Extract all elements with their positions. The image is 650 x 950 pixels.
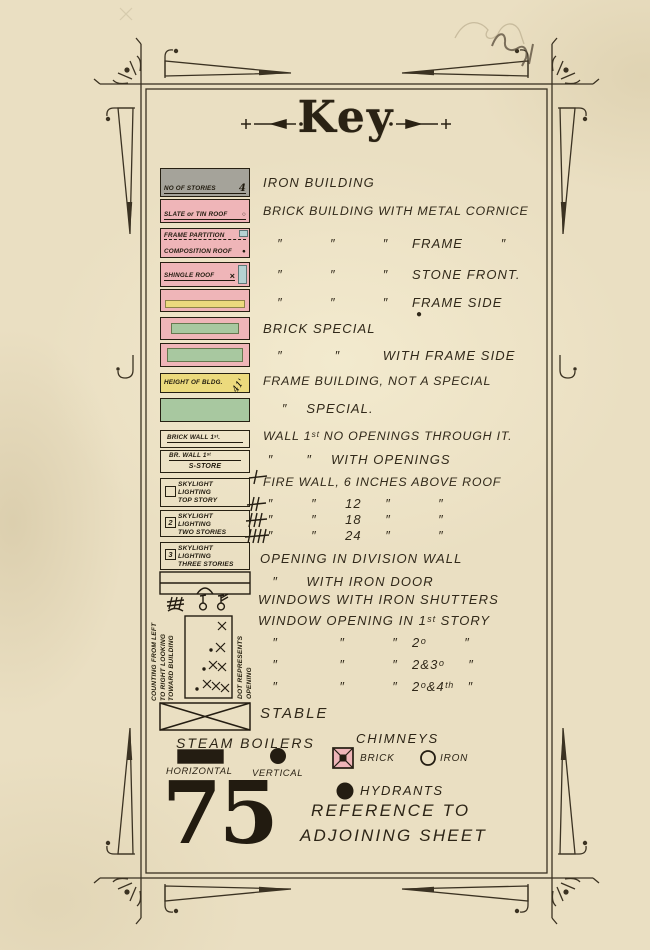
right-edge-hook-ornament [560,355,577,378]
slate-tin-circle-glyph: ○ [242,211,246,218]
swatch-label-brick-wall: BRICK WALL 1ˢᵗ. [167,434,220,441]
skylight-two-digit: 2 [168,518,172,527]
shutter-window-flag-icon [218,594,228,610]
swatch-frame-building: HEIGHT OF BLDG. 41' [160,373,250,393]
desc-ditto-frame-side: ″ ″ ″ FRAME SIDE [263,296,503,309]
frame-side-dot-glyph: ● [416,310,423,320]
desc-with-openings: ″ ″ WITH OPENINGS [263,453,451,466]
steam-boilers-title: STEAM BOILERS [176,735,315,751]
desc-window-opening-2-3: ″ ″ ″ 2&3ᵒ ″ [263,658,474,671]
desc-fire-wall-24: ″ ″ 24 ″ ″ [263,529,444,542]
swatch-br-wall-store: BR. WALL 1ˢᵗ S-STORE [160,450,250,473]
chimney-iron-label: IRON [440,753,468,764]
desc-window-opening-1st: WINDOW OPENING IN 1ˢᵗ STORY [258,614,490,627]
chimneys-title: CHIMNEYS [356,731,439,746]
stories-value: 4 [239,186,246,192]
desc-opening-division-wall: OPENING IN DIVISION WALL [260,552,462,565]
window-opening-diagram [185,616,232,698]
chimney-iron-icon [421,751,435,765]
swatch-brick-stone-front: SHINGLE ROOF × [160,262,250,287]
skylight-three-label: SKYLIGHT LIGHTING THREE STORIES [178,545,234,569]
stable-icon [160,703,250,730]
page-title: Key [298,92,395,143]
desc-window-opening-2-4: ″ ″ ″ 2ᵒ&4ᵗʰ ″ [263,680,473,693]
sheet-number: 75 [162,774,276,854]
desc-stable: STABLE [260,706,328,721]
swatch-label-slate-tin: SLATE or TIN ROOF [164,211,227,218]
swatch-iron-building: NO OF STORIES 4 [160,168,250,197]
swatch-brick-wall-1st: BRICK WALL 1ˢᵗ. [160,430,250,448]
frame-side-yellow-strip [165,300,245,308]
reference-line-1: REFERENCE TO [311,801,470,821]
shutter-hatch-icon [167,597,184,611]
desc-special: ″ SPECIAL. [263,402,374,415]
desc-brick-metal-cornice: BRICK BUILDING WITH METAL CORNICE [263,205,529,217]
counting-note: COUNTING FROM LEFT TO RIGHT LOOKING TOWA… [151,623,177,701]
swatch-brick-special-frame-side [160,343,250,367]
hydrants-label: HYDRANTS [360,783,444,798]
chimney-brick-icon [333,748,353,768]
shutter-window-icon [200,595,207,610]
desc-with-iron-door: ″ WITH IRON DOOR [263,575,434,588]
handwritten-pencil-marks [120,8,533,66]
swatch-label-frame-partition: FRAME PARTITION [164,232,225,239]
desc-with-frame-side: ″ ″ WITH FRAME SIDE [263,349,516,362]
shingle-x-glyph: × [230,274,235,279]
boiler-horizontal-icon [178,750,223,763]
swatch-frame-special [160,398,250,422]
chimney-brick-label: BRICK [360,753,395,764]
swatch-label-stories: NO OF STORIES [164,185,216,192]
brick-special-green-inner [171,323,239,334]
skylight-three-digit: 3 [168,550,172,559]
swatch-brick-frame: FRAME PARTITION COMPOSITION ROOF ● [160,228,250,258]
dot-represents-note: DOT REPRESENTS OPENING [237,636,254,699]
left-edge-hook-ornament [116,355,133,378]
desc-brick-special: BRICK SPECIAL [263,322,376,335]
hydrant-icon [337,783,354,800]
skylight-three-box-icon: 3 [165,549,176,560]
brick-special-green-inner-large [167,348,243,362]
desc-windows-iron-shutters: WINDOWS WITH IRON SHUTTERS [258,593,499,606]
desc-fire-wall-18: ″ ″ 18 ″ ″ [263,513,444,526]
reference-line-2: ADJOINING SHEET [300,826,487,846]
swatch-label-height: HEIGHT OF BLDG. [164,379,223,386]
desc-iron-building: IRON BUILDING [263,176,375,189]
swatch-brick-special [160,317,250,340]
swatch-label-shingle-roof: SHINGLE ROOF [164,272,214,279]
swatch-brick-building: SLATE or TIN ROOF ○ [160,199,250,223]
desc-fire-wall-6: FIRE WALL, 6 INCHES ABOVE ROOF [263,476,501,488]
skylight-top-box-icon [165,486,176,497]
title-ornament-right [389,119,451,129]
desc-wall-no-openings: WALL 1ˢᵗ NO OPENINGS THROUGH IT. [263,430,512,442]
swatch-brick-frame-side [160,289,250,312]
desc-frame-not-special: FRAME BUILDING, NOT A SPECIAL [263,375,491,387]
desc-window-opening-2nd: ″ ″ ″ 2ᵒ ″ [263,636,470,649]
desc-fire-wall-12: ″ ″ 12 ″ ″ [263,497,444,510]
swatch-label-br-wall: BR. WALL 1ˢᵗ [169,452,211,459]
map-key-sheet: Key NO OF STORIES 4 SLATE or TIN ROOF ○ … [0,0,650,950]
title-ornament-left [241,119,303,129]
skylight-two-box-icon: 2 [165,517,176,528]
desc-ditto-frame: ″ ″ ″ FRAME ″ [263,237,506,250]
skylight-two-label: SKYLIGHT LIGHTING TWO STORIES [178,513,226,537]
stone-front-blue-strip [238,265,247,284]
skylight-top-label: SKYLIGHT LIGHTING TOP STORY [178,481,217,505]
composition-dot-glyph: ● [242,248,246,255]
swatch-label-composition-roof: COMPOSITION ROOF [164,248,232,255]
desc-ditto-stone-front: ″ ″ ″ STONE FRONT. [263,268,521,281]
division-wall-opening-icon [160,572,250,594]
swatch-label-s-store: S-STORE [189,463,221,470]
